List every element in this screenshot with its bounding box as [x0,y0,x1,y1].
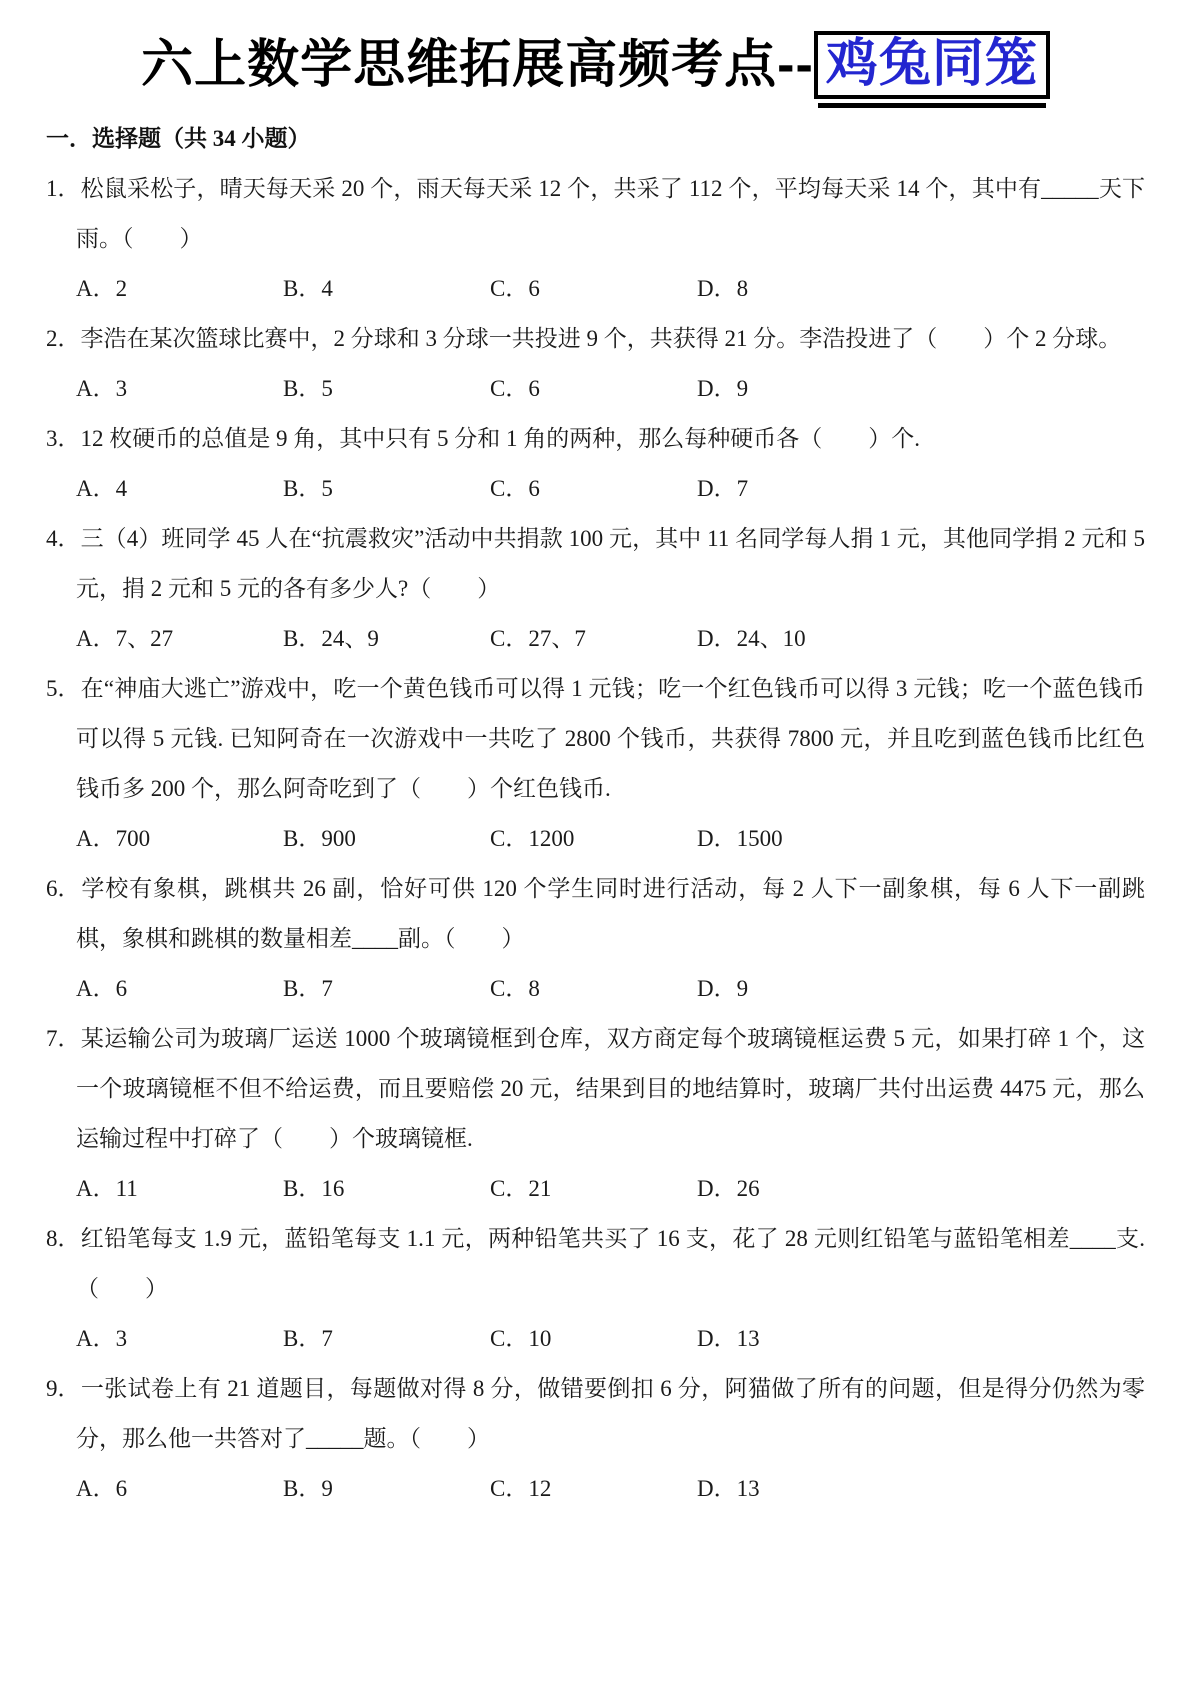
option-d: D．13 [697,1314,760,1364]
option-a: A．7、27 [76,614,283,664]
option-c: C．8 [490,964,697,1014]
options-row: A．700 B．900 C．1200 D．1500 [46,814,1145,864]
question-body: 12 枚硬币的总值是 9 角，其中只有 5 分和 1 角的两种，那么每种硬币各（… [81,426,921,451]
option-d: D．13 [697,1464,760,1514]
question-number: 3． [46,414,81,464]
question-item-7: 7．某运输公司为玻璃厂运送 1000 个玻璃镜框到仓库，双方商定每个玻璃镜框运费… [46,1014,1145,1214]
option-c: C．6 [490,364,697,414]
option-c: C．10 [490,1314,697,1364]
question-text: 2．李浩在某次篮球比赛中，2 分球和 3 分球一共投进 9 个，共获得 21 分… [46,314,1145,364]
option-a: A．6 [76,964,283,1014]
option-a: A．6 [76,1464,283,1514]
option-b: B．7 [283,964,490,1014]
question-body: 某运输公司为玻璃厂运送 1000 个玻璃镜框到仓库，双方商定每个玻璃镜框运费 5… [76,1026,1145,1151]
question-number: 8． [46,1214,81,1264]
questions-list: 1．松鼠采松子，晴天每天采 20 个，雨天每天采 12 个，共采了 112 个，… [46,164,1145,1514]
question-text: 8．红铅笔每支 1.9 元，蓝铅笔每支 1.1 元，两种铅笔共买了 16 支，花… [46,1214,1145,1314]
question-number: 1． [46,164,81,214]
worksheet-page: 六上数学思维拓展高频考点--鸡兔同笼 一．选择题（共 34 小题） 1．松鼠采松… [0,0,1191,1684]
question-item-2: 2．李浩在某次篮球比赛中，2 分球和 3 分球一共投进 9 个，共获得 21 分… [46,314,1145,414]
question-body: 红铅笔每支 1.9 元，蓝铅笔每支 1.1 元，两种铅笔共买了 16 支，花了 … [76,1226,1145,1301]
options-row: A．2 B．4 C．6 D．8 [46,264,1145,314]
question-text: 9．一张试卷上有 21 道题目，每题做对得 8 分，做错要倒扣 6 分，阿猫做了… [46,1364,1145,1464]
question-text: 7．某运输公司为玻璃厂运送 1000 个玻璃镜框到仓库，双方商定每个玻璃镜框运费… [46,1014,1145,1164]
question-text: 6．学校有象棋，跳棋共 26 副，恰好可供 120 个学生同时进行活动，每 2 … [46,864,1145,964]
question-text: 5．在“神庙大逃亡”游戏中，吃一个黄色钱币可以得 1 元钱；吃一个红色钱币可以得… [46,664,1145,814]
question-number: 7． [46,1014,81,1064]
option-a: A．11 [76,1164,283,1214]
question-body: 李浩在某次篮球比赛中，2 分球和 3 分球一共投进 9 个，共获得 21 分。李… [81,326,1122,351]
option-a: A．3 [76,1314,283,1364]
options-row: A．4 B．5 C．6 D．7 [46,464,1145,514]
option-b: B．5 [283,464,490,514]
options-row: A．11 B．16 C．21 D．26 [46,1164,1145,1214]
option-d: D．9 [697,364,748,414]
option-c: C．1200 [490,814,697,864]
question-number: 4． [46,514,81,564]
title-main-text: 六上数学思维拓展高频考点-- [141,36,814,94]
option-d: D．26 [697,1164,760,1214]
question-body: 松鼠采松子，晴天每天采 20 个，雨天每天采 12 个，共采了 112 个，平均… [76,176,1145,251]
question-body: 在“神庙大逃亡”游戏中，吃一个黄色钱币可以得 1 元钱；吃一个红色钱币可以得 3… [76,676,1145,801]
question-item-4: 4．三（4）班同学 45 人在“抗震救灾”活动中共捐款 100 元，其中 11 … [46,514,1145,664]
option-a: A．2 [76,264,283,314]
section-heading: 一．选择题（共 34 小题） [46,114,1145,164]
options-row: A．6 B．7 C．8 D．9 [46,964,1145,1014]
option-a: A．3 [76,364,283,414]
question-text: 3．12 枚硬币的总值是 9 角，其中只有 5 分和 1 角的两种，那么每种硬币… [46,414,1145,464]
option-a: A．700 [76,814,283,864]
option-d: D．1500 [697,814,783,864]
option-d: D．24、10 [697,614,806,664]
question-item-1: 1．松鼠采松子，晴天每天采 20 个，雨天每天采 12 个，共采了 112 个，… [46,164,1145,314]
question-item-9: 9．一张试卷上有 21 道题目，每题做对得 8 分，做错要倒扣 6 分，阿猫做了… [46,1364,1145,1514]
option-a: A．4 [76,464,283,514]
question-body: 三（4）班同学 45 人在“抗震救灾”活动中共捐款 100 元，其中 11 名同… [76,526,1145,601]
option-d: D．7 [697,464,748,514]
options-row: A．3 B．7 C．10 D．13 [46,1314,1145,1364]
question-item-3: 3．12 枚硬币的总值是 9 角，其中只有 5 分和 1 角的两种，那么每种硬币… [46,414,1145,514]
option-c: C．12 [490,1464,697,1514]
option-b: B．16 [283,1164,490,1214]
option-d: D．8 [697,264,748,314]
title-highlight-text: 鸡兔同笼 [826,35,1038,93]
option-b: B．900 [283,814,490,864]
question-text: 1．松鼠采松子，晴天每天采 20 个，雨天每天采 12 个，共采了 112 个，… [46,164,1145,264]
question-item-6: 6．学校有象棋，跳棋共 26 副，恰好可供 120 个学生同时进行活动，每 2 … [46,864,1145,1014]
question-number: 2． [46,314,81,364]
page-title: 六上数学思维拓展高频考点--鸡兔同笼 [46,32,1145,100]
question-number: 6． [46,864,81,914]
option-c: C．21 [490,1164,697,1214]
option-c: C．6 [490,464,697,514]
title-highlight-box: 鸡兔同笼 [814,31,1050,99]
question-item-8: 8．红铅笔每支 1.9 元，蓝铅笔每支 1.1 元，两种铅笔共买了 16 支，花… [46,1214,1145,1364]
question-item-5: 5．在“神庙大逃亡”游戏中，吃一个黄色钱币可以得 1 元钱；吃一个红色钱币可以得… [46,664,1145,864]
options-row: A．3 B．5 C．6 D．9 [46,364,1145,414]
question-text: 4．三（4）班同学 45 人在“抗震救灾”活动中共捐款 100 元，其中 11 … [46,514,1145,614]
option-b: B．9 [283,1464,490,1514]
question-body: 学校有象棋，跳棋共 26 副，恰好可供 120 个学生同时进行活动，每 2 人下… [76,876,1145,951]
option-c: C．27、7 [490,614,697,664]
question-body: 一张试卷上有 21 道题目，每题做对得 8 分，做错要倒扣 6 分，阿猫做了所有… [76,1376,1145,1451]
options-row: A．6 B．9 C．12 D．13 [46,1464,1145,1514]
option-b: B．24、9 [283,614,490,664]
option-c: C．6 [490,264,697,314]
option-b: B．4 [283,264,490,314]
option-b: B．7 [283,1314,490,1364]
question-number: 5． [46,664,81,714]
option-d: D．9 [697,964,748,1014]
option-b: B．5 [283,364,490,414]
question-number: 9． [46,1364,81,1414]
options-row: A．7、27 B．24、9 C．27、7 D．24、10 [46,614,1145,664]
